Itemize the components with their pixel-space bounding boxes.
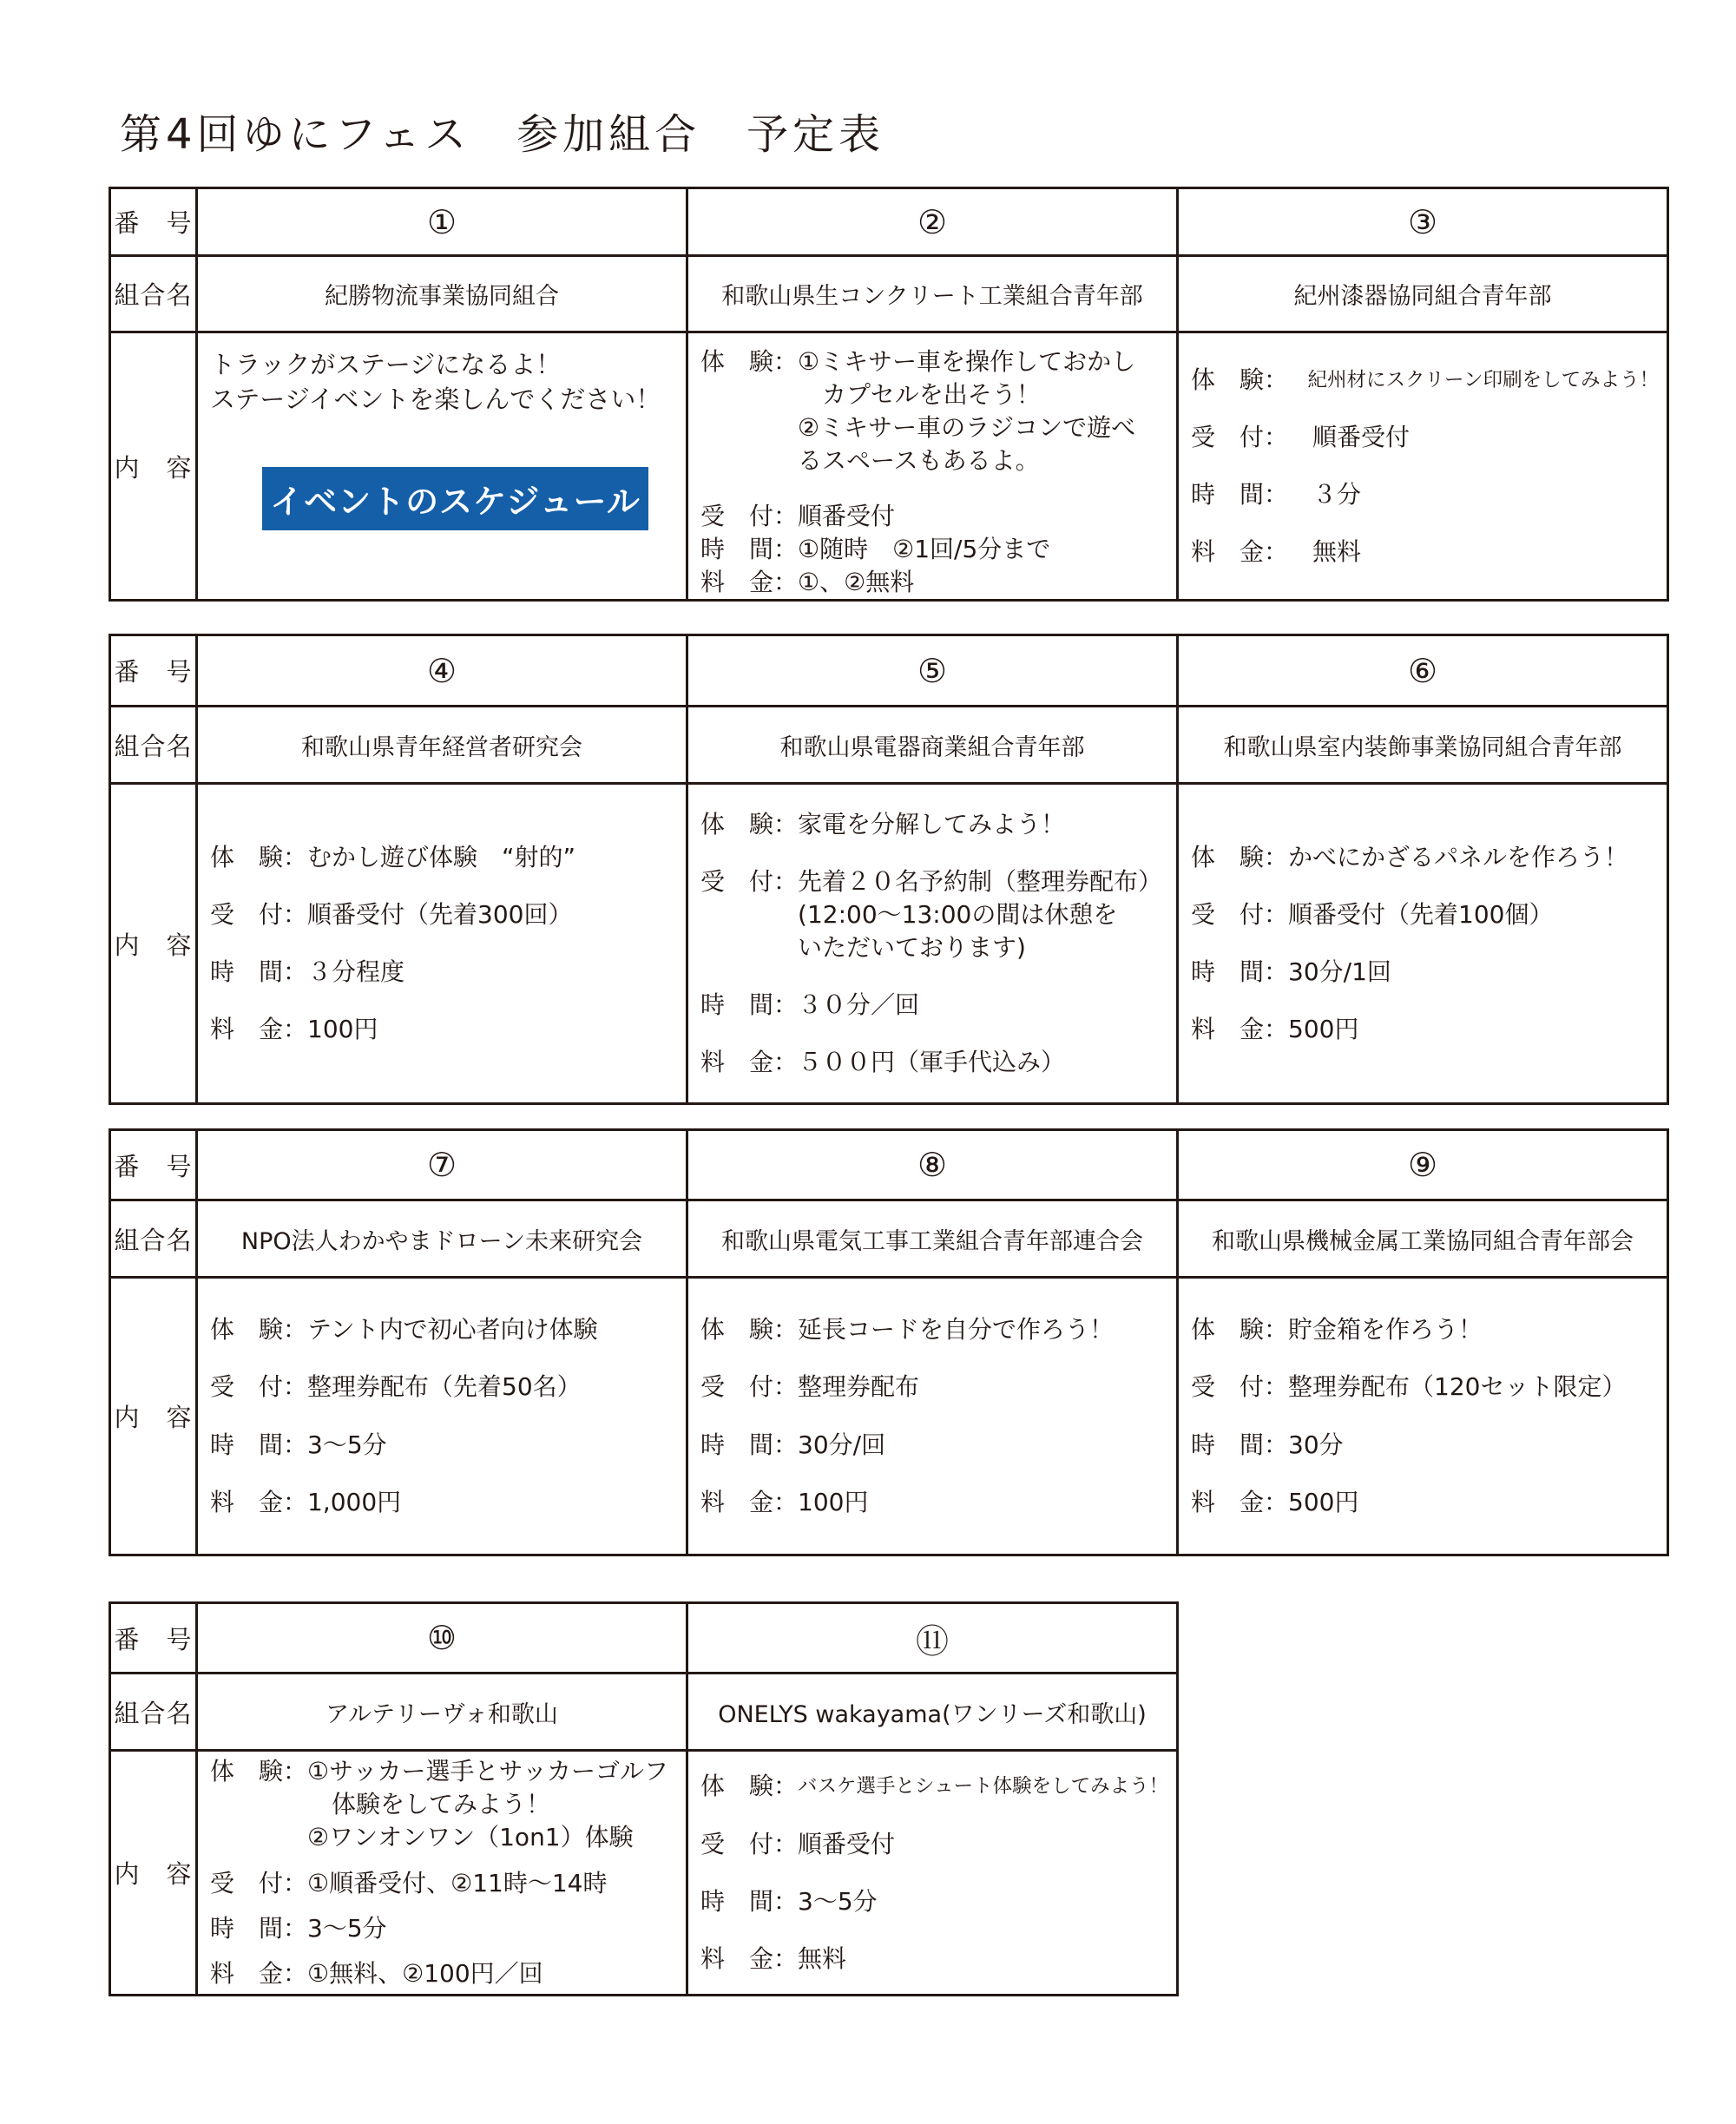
row-label-number: 番 号 bbox=[111, 1604, 198, 1674]
row-label-number: 番 号 bbox=[111, 636, 198, 707]
content-item-uketsuke: 受 付： 整理券配布（先着50名） bbox=[210, 1371, 677, 1404]
union-name-10: アルテリーヴォ和歌山 bbox=[198, 1674, 688, 1752]
row-label-name: 組合名 bbox=[111, 257, 198, 333]
union-number-6: ⑥ bbox=[1179, 636, 1669, 707]
item-value: 順番受付（先着300回） bbox=[307, 898, 572, 931]
union-number-2: ② bbox=[688, 189, 1179, 257]
union-name-11: ONELYS wakayama(ワンリーズ和歌山) bbox=[688, 1674, 1179, 1752]
item-label: 料 金： bbox=[210, 1013, 307, 1046]
item-label: 時 間： bbox=[700, 1885, 798, 1918]
item-value: 30分/1回 bbox=[1288, 956, 1391, 989]
union-number-5: ⑤ bbox=[688, 636, 1179, 707]
item-value: ①順番受付、②11時～14時 bbox=[307, 1867, 607, 1900]
content-item-taiken: 体 験： テント内で初心者向け体験 bbox=[210, 1313, 677, 1346]
item-label: 受 付： bbox=[700, 1371, 798, 1404]
union-number-11: ⑪ bbox=[688, 1604, 1179, 1674]
item-label: 時 間： bbox=[210, 1429, 307, 1462]
row-label-content: 内 容 bbox=[111, 785, 198, 1105]
item-label: 時 間： bbox=[700, 1429, 798, 1462]
item-label: 時 間： bbox=[1191, 956, 1288, 989]
union-content-2: 体 験： ①ミキサー車を操作しておかし カプセルを出そう！ ②ミキサー車のラジコ… bbox=[688, 333, 1179, 602]
item-label: 体 験： bbox=[1191, 364, 1288, 397]
union-name-8: 和歌山県電気工事工業組合青年部連合会 bbox=[688, 1201, 1179, 1279]
item-value: 3～5分 bbox=[307, 1429, 387, 1462]
content-item-ryokin: 料 金： 無料 bbox=[1191, 536, 1658, 569]
item-value: 順番受付（先着100個） bbox=[1288, 898, 1553, 931]
content-item-taiken: 体 験： むかし遊び体験 “射的” bbox=[210, 841, 677, 874]
item-value: ３０分／回 bbox=[798, 989, 919, 1022]
content-item-uketsuke: 受 付： 整理券配布（120セット限定） bbox=[1191, 1371, 1658, 1404]
content-item-jikan: 時 間： ３０分／回 bbox=[700, 989, 1167, 1022]
content-item-uketsuke: 受 付： 順番受付 bbox=[700, 1828, 1167, 1861]
item-label: 体 験： bbox=[700, 1313, 798, 1346]
item-label: 時 間： bbox=[700, 533, 798, 566]
item-value: 整理券配布（先着50名） bbox=[307, 1371, 582, 1404]
item-value: 500円 bbox=[1288, 1013, 1358, 1046]
content-item-uketsuke: 受 付： ①順番受付、②11時～14時 bbox=[210, 1867, 677, 1900]
item-value: 3～5分 bbox=[798, 1885, 878, 1918]
union-name-9: 和歌山県機械金属工業協同組合青年部会 bbox=[1179, 1201, 1669, 1279]
union-content-7: 体 験： テント内で初心者向け体験 受 付： 整理券配布（先着50名） 時 間：… bbox=[198, 1279, 688, 1556]
item-label: 時 間： bbox=[700, 989, 798, 1022]
content-item-jikan: 時 間： 30分/1回 bbox=[1191, 956, 1658, 989]
row-label-content: 内 容 bbox=[111, 1279, 198, 1556]
item-label: 受 付： bbox=[1191, 421, 1288, 454]
item-label: 体 験： bbox=[1191, 1313, 1288, 1346]
item-label: 体 験： bbox=[210, 1755, 307, 1788]
item-value: 紀州材にスクリーン印刷をしてみよう！ bbox=[1288, 364, 1659, 397]
item-value: 整理券配布 bbox=[798, 1371, 919, 1404]
item-value: 100円 bbox=[307, 1013, 378, 1046]
item-label: 受 付： bbox=[1191, 898, 1288, 931]
content-item-jikan: 時 間： ①随時 ②1回/5分まで bbox=[700, 533, 1167, 566]
item-value: ３分 bbox=[1288, 478, 1361, 511]
content-item-jikan: 時 間： 3～5分 bbox=[210, 1429, 677, 1462]
item-value: かべにかざるパネルを作ろう！ bbox=[1288, 841, 1628, 874]
item-value: 順番受付 bbox=[798, 1828, 895, 1861]
union-number-1: ① bbox=[198, 189, 688, 257]
item-value: 貯金箱を作ろう！ bbox=[1288, 1313, 1483, 1346]
union-number-8: ⑧ bbox=[688, 1131, 1179, 1201]
content-item-ryokin: 料 金： 100円 bbox=[700, 1486, 1167, 1519]
item-value: ①ミキサー車を操作しておかし カプセルを出そう！ ②ミキサー車のラジコンで遊べ … bbox=[798, 345, 1135, 477]
content-item-taiken: 体 験： 貯金箱を作ろう！ bbox=[1191, 1313, 1658, 1346]
union-content-5: 体 験： 家電を分解してみよう！ 受 付： 先着２０名予約制（整理券配布） (1… bbox=[688, 785, 1179, 1105]
union-content-4: 体 験： むかし遊び体験 “射的” 受 付： 順番受付（先着300回） 時 間：… bbox=[198, 785, 688, 1105]
content-item-jikan: 時 間： 30分 bbox=[1191, 1429, 1658, 1462]
content-item-taiken: 体 験： ①サッカー選手とサッカーゴルフ 体験をしてみよう！ ②ワンオンワン（1… bbox=[210, 1755, 677, 1854]
row-label-content: 内 容 bbox=[111, 333, 198, 602]
schedule-page: 第4回ゆにフェス 参加組合 予定表 番 号 ① ② ③ 組合名 紀勝物流事業協同… bbox=[0, 0, 1736, 2124]
item-label: 時 間： bbox=[210, 956, 307, 989]
item-label: 時 間： bbox=[210, 1912, 307, 1945]
item-label: 受 付： bbox=[210, 898, 307, 931]
page-title: 第4回ゆにフェス 参加組合 予定表 bbox=[120, 101, 884, 161]
union-name-6: 和歌山県室内装飾事業協同組合青年部 bbox=[1179, 707, 1669, 785]
union-name-2: 和歌山県生コンクリート工業組合青年部 bbox=[688, 257, 1179, 333]
union-content-6: 体 験： かべにかざるパネルを作ろう！ 受 付： 順番受付（先着100個） 時 … bbox=[1179, 785, 1669, 1105]
item-value: ①無料、②100円／回 bbox=[307, 1957, 543, 1990]
content-item-jikan: 時 間： 3～5分 bbox=[700, 1885, 1167, 1918]
item-value: 無料 bbox=[1288, 536, 1361, 569]
item-label: 時 間： bbox=[1191, 1429, 1288, 1462]
item-label: 料 金： bbox=[1191, 536, 1288, 569]
row-label-number: 番 号 bbox=[111, 1131, 198, 1201]
item-label: 料 金： bbox=[700, 566, 798, 599]
content-item-jikan: 時 間： ３分程度 bbox=[210, 956, 677, 989]
item-label: 料 金： bbox=[700, 1943, 798, 1976]
item-value: 3～5分 bbox=[307, 1912, 387, 1945]
content-item-uketsuke: 受 付： 順番受付 bbox=[700, 500, 1167, 533]
item-label: 体 験： bbox=[700, 345, 798, 378]
item-value: 先着２０名予約制（整理券配布） (12:00～13:00の間は休憩を いただいて… bbox=[798, 865, 1162, 964]
item-label: 体 験： bbox=[700, 808, 798, 841]
union-content-8: 体 験： 延長コードを自分で作ろう！ 受 付： 整理券配布 時 間： 30分/回… bbox=[688, 1279, 1179, 1556]
union-name-3: 紀州漆器協同組合青年部 bbox=[1179, 257, 1669, 333]
union-number-7: ⑦ bbox=[198, 1131, 688, 1201]
item-value: ①サッカー選手とサッカーゴルフ 体験をしてみよう！ ②ワンオンワン（1on1）体… bbox=[307, 1755, 668, 1854]
union-content-3: 体 験： 紀州材にスクリーン印刷をしてみよう！ 受 付： 順番受付 時 間： ３… bbox=[1179, 333, 1669, 602]
content-item-ryokin: 料 金： 無料 bbox=[700, 1943, 1167, 1976]
item-value: 順番受付 bbox=[798, 500, 895, 533]
item-value: 整理券配布（120セット限定） bbox=[1288, 1371, 1626, 1404]
union-number-3: ③ bbox=[1179, 189, 1669, 257]
content-item-jikan: 時 間： ３分 bbox=[1191, 478, 1658, 511]
item-value: 500円 bbox=[1288, 1486, 1358, 1519]
content-item-uketsuke: 受 付： 順番受付（先着100個） bbox=[1191, 898, 1658, 931]
item-value: 延長コードを自分で作ろう！ bbox=[798, 1313, 1114, 1346]
schedule-table-2: 番 号 ④ ⑤ ⑥ 組合名 和歌山県青年経営者研究会 和歌山県電器商業組合青年部… bbox=[108, 634, 1669, 1105]
schedule-table-1: 番 号 ① ② ③ 組合名 紀勝物流事業協同組合 和歌山県生コンクリート工業組合… bbox=[108, 187, 1669, 602]
content-item-taiken: 体 験： 家電を分解してみよう！ bbox=[700, 808, 1167, 841]
item-label: 受 付： bbox=[700, 865, 798, 898]
content-item-taiken: 体 験： 紀州材にスクリーン印刷をしてみよう！ bbox=[1191, 364, 1658, 397]
item-value: 1,000円 bbox=[307, 1486, 401, 1519]
item-value: ５００円（軍手代込み） bbox=[798, 1046, 1065, 1079]
item-label: 料 金： bbox=[700, 1486, 798, 1519]
content-item-ryokin: 料 金： 100円 bbox=[210, 1013, 677, 1046]
union-name-4: 和歌山県青年経営者研究会 bbox=[198, 707, 688, 785]
row-label-number: 番 号 bbox=[111, 189, 198, 257]
content-item-ryokin: 料 金： ①、②無料 bbox=[700, 566, 1167, 599]
item-value: むかし遊び体験 “射的” bbox=[307, 841, 575, 874]
intro-line: ステージイベントを楽しんでください！ bbox=[210, 382, 677, 417]
content-item-ryokin: 料 金： 1,000円 bbox=[210, 1486, 677, 1519]
item-value: 30分 bbox=[1288, 1429, 1344, 1462]
item-label: 料 金： bbox=[210, 1957, 307, 1990]
content-item-ryokin: 料 金： ５００円（軍手代込み） bbox=[700, 1046, 1167, 1079]
item-value: ①、②無料 bbox=[798, 566, 914, 599]
union-content-11: 体 験： バスケ選手とシュート体験をしてみよう！ 受 付： 順番受付 時 間： … bbox=[688, 1752, 1179, 1996]
item-label: 受 付： bbox=[700, 1828, 798, 1861]
item-value: 家電を分解してみよう！ bbox=[798, 808, 1065, 841]
item-label: 体 験： bbox=[700, 1770, 798, 1803]
union-name-1: 紀勝物流事業協同組合 bbox=[198, 257, 688, 333]
item-value: 無料 bbox=[798, 1943, 846, 1976]
union-number-4: ④ bbox=[198, 636, 688, 707]
item-value: テント内で初心者向け体験 bbox=[307, 1313, 598, 1346]
union-name-5: 和歌山県電器商業組合青年部 bbox=[688, 707, 1179, 785]
row-label-name: 組合名 bbox=[111, 707, 198, 785]
content-item-ryokin: 料 金： 500円 bbox=[1191, 1486, 1658, 1519]
content-item-uketsuke: 受 付： 順番受付 bbox=[1191, 421, 1658, 454]
item-label: 料 金： bbox=[1191, 1486, 1288, 1519]
row-label-name: 組合名 bbox=[111, 1201, 198, 1279]
item-label: 体 験： bbox=[1191, 841, 1288, 874]
item-label: 時 間： bbox=[1191, 478, 1288, 511]
union-name-7: NPO法人わかやまドローン未来研究会 bbox=[198, 1201, 688, 1279]
union-number-10: ⑩ bbox=[198, 1604, 688, 1674]
item-label: 受 付： bbox=[700, 500, 798, 533]
content-item-jikan: 時 間： 3～5分 bbox=[210, 1912, 677, 1945]
row-label-name: 組合名 bbox=[111, 1674, 198, 1752]
item-value: 100円 bbox=[798, 1486, 868, 1519]
content-item-taiken: 体 験： ①ミキサー車を操作しておかし カプセルを出そう！ ②ミキサー車のラジコ… bbox=[700, 345, 1167, 477]
item-label: 料 金： bbox=[1191, 1013, 1288, 1046]
intro-line: トラックがステージになるよ！ bbox=[210, 347, 677, 382]
content-item-jikan: 時 間： 30分/回 bbox=[700, 1429, 1167, 1462]
content-item-uketsuke: 受 付： 整理券配布 bbox=[700, 1371, 1167, 1404]
item-value: ３分程度 bbox=[307, 956, 404, 989]
content-item-uketsuke: 受 付： 先着２０名予約制（整理券配布） (12:00～13:00の間は休憩を … bbox=[700, 865, 1167, 964]
item-value: 順番受付 bbox=[1288, 421, 1410, 454]
item-label: 料 金： bbox=[210, 1486, 307, 1519]
event-schedule-banner[interactable]: イベントのスケジュール bbox=[262, 467, 648, 530]
item-value: 30分/回 bbox=[798, 1429, 885, 1462]
item-value: バスケ選手とシュート体験をしてみよう！ bbox=[798, 1770, 1168, 1803]
row-label-content: 内 容 bbox=[111, 1752, 198, 1996]
union-content-1: トラックがステージになるよ！ ステージイベントを楽しんでください！ イベントのス… bbox=[198, 333, 688, 602]
content-item-taiken: 体 験： かべにかざるパネルを作ろう！ bbox=[1191, 841, 1658, 874]
content-item-ryokin: 料 金： 500円 bbox=[1191, 1013, 1658, 1046]
content-item-taiken: 体 験： 延長コードを自分で作ろう！ bbox=[700, 1313, 1167, 1346]
union-content-10: 体 験： ①サッカー選手とサッカーゴルフ 体験をしてみよう！ ②ワンオンワン（1… bbox=[198, 1752, 688, 1996]
union-number-9: ⑨ bbox=[1179, 1131, 1669, 1201]
item-label: 体 験： bbox=[210, 841, 307, 874]
item-value: ①随時 ②1回/5分まで bbox=[798, 533, 1050, 566]
schedule-table-4: 番 号 ⑩ ⑪ 組合名 アルテリーヴォ和歌山 ONELYS wakayama(ワ… bbox=[108, 1601, 1179, 1996]
schedule-table-3: 番 号 ⑦ ⑧ ⑨ 組合名 NPO法人わかやまドローン未来研究会 和歌山県電気工… bbox=[108, 1128, 1669, 1556]
union-content-9: 体 験： 貯金箱を作ろう！ 受 付： 整理券配布（120セット限定） 時 間： … bbox=[1179, 1279, 1669, 1556]
item-label: 体 験： bbox=[210, 1313, 307, 1346]
item-label: 受 付： bbox=[210, 1371, 307, 1404]
content-item-ryokin: 料 金： ①無料、②100円／回 bbox=[210, 1957, 677, 1990]
item-label: 受 付： bbox=[210, 1867, 307, 1900]
item-label: 受 付： bbox=[1191, 1371, 1288, 1404]
content-item-taiken: 体 験： バスケ選手とシュート体験をしてみよう！ bbox=[700, 1770, 1167, 1803]
content-item-uketsuke: 受 付： 順番受付（先着300回） bbox=[210, 898, 677, 931]
item-label: 料 金： bbox=[700, 1046, 798, 1079]
